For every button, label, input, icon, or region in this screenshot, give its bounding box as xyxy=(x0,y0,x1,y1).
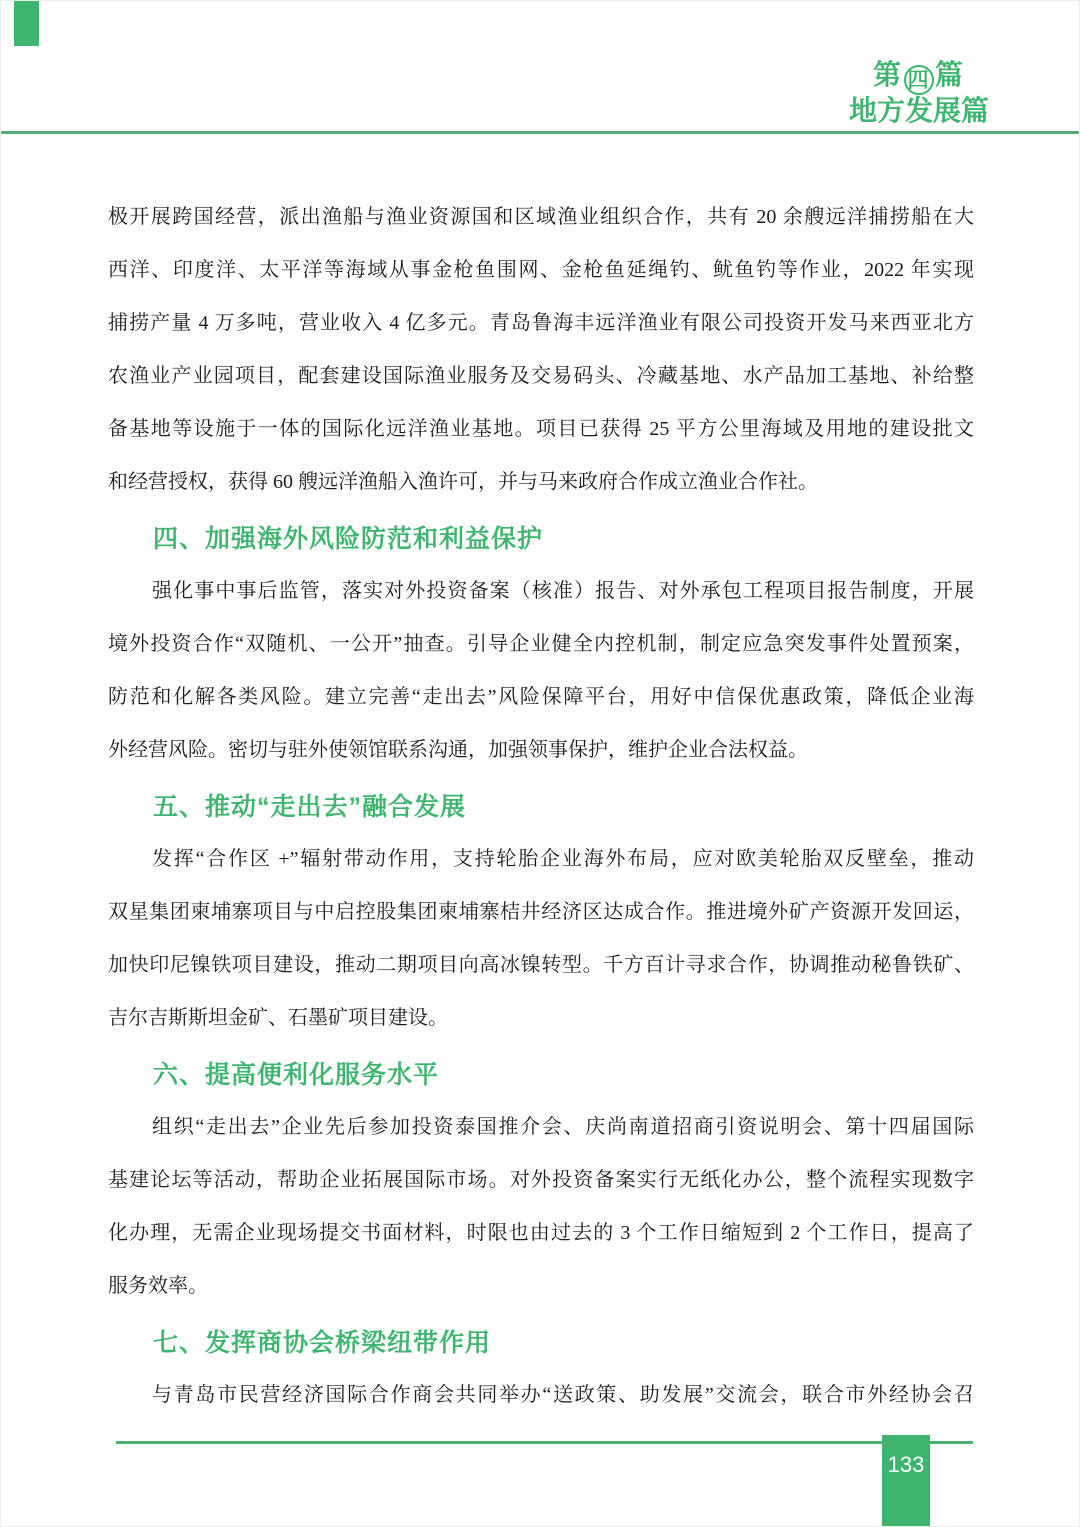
header-rule xyxy=(1,131,1080,134)
circled-part-number: 四 xyxy=(904,65,934,95)
body-line: 双星集团柬埔寨项目与中启控股集团柬埔寨桔井经济区达成合作。推进境外矿产资源开发回… xyxy=(108,886,974,939)
body-line: 和经营授权，获得 60 艘远洋渔船入渔许可，并与马来政府合作成立渔业合作社。 xyxy=(108,456,974,509)
section-heading-4: 四、加强海外风险防范和利益保护 xyxy=(153,521,974,557)
body-line: 境外投资合作“双随机、一公开”抽查。引导企业健全内控机制，制定应急突发事件处置预… xyxy=(108,618,974,671)
page-number-tab: 133 xyxy=(882,1435,930,1527)
corner-bleed-tab xyxy=(14,1,39,46)
body-line: 服务效率。 xyxy=(108,1260,974,1313)
body-line: 备基地等设施于一体的国际化远洋渔业基地。项目已获得 25 平方公里海域及用地的建… xyxy=(108,403,974,456)
body-line: 基建论坛等活动，帮助企业拓展国际市场。对外投资备案实行无纸化办公，整个流程实现数… xyxy=(108,1154,974,1207)
part-subtitle: 地方发展篇 xyxy=(849,95,989,127)
body-line: 捕捞产量 4 万多吨，营业收入 4 亿多元。青岛鲁海丰远洋渔业有限公司投资开发马… xyxy=(108,297,974,350)
body-line: 吉尔吉斯斯坦金矿、石墨矿项目建设。 xyxy=(108,992,974,1045)
body-line: 组织“走出去”企业先后参加投资泰国推介会、庆尚南道招商引资说明会、第十四届国际 xyxy=(108,1101,974,1154)
body-line: 发挥“合作区 +”辐射带动作用，支持轮胎企业海外布局，应对欧美轮胎双反壁垒，推动 xyxy=(108,833,974,886)
section-heading-5: 五、推动“走出去”融合发展 xyxy=(153,789,974,825)
body-line: 西洋、印度洋、太平洋等海域从事金枪鱼围网、金枪鱼延绳钓、鱿鱼钓等作业，2022 … xyxy=(108,244,974,297)
section-heading-6: 六、提高便利化服务水平 xyxy=(153,1057,974,1093)
part-prefix: 第 xyxy=(873,59,903,90)
body-line: 加快印尼镍铁项目建设，推动二期项目向高冰镍转型。千方百计寻求合作，协调推动秘鲁铁… xyxy=(108,939,974,992)
body-line: 极开展跨国经营，派出渔船与渔业资源国和区域渔业组织合作，共有 20 余艘远洋捕捞… xyxy=(108,191,974,244)
body-line: 防范和化解各类风险。建立完善“走出去”风险保障平台，用好中信保优惠政策，降低企业… xyxy=(108,671,974,724)
body-line: 农渔业产业园项目，配套建设国际渔业服务及交易码头、冷藏基地、水产品加工基地、补给… xyxy=(108,350,974,403)
body-line: 化办理，无需企业现场提交书面材料，时限也由过去的 3 个工作日缩短到 2 个工作… xyxy=(108,1207,974,1260)
document-page: 第四篇 地方发展篇 极开展跨国经营，派出渔船与渔业资源国和区域渔业组织合作，共有… xyxy=(0,0,1080,1527)
part-suffix: 篇 xyxy=(935,59,965,90)
body-line: 强化事中事后监管，落实对外投资备案（核准）报告、对外承包工程项目报告制度，开展 xyxy=(108,565,974,618)
body-text: 极开展跨国经营，派出渔船与渔业资源国和区域渔业组织合作，共有 20 余艘远洋捕捞… xyxy=(108,191,974,1422)
body-line: 外经营风险。密切与驻外使领馆联系沟通，加强领事保护，维护企业合法权益。 xyxy=(108,724,974,777)
page-header: 第四篇 地方发展篇 xyxy=(849,59,989,127)
footer-rule xyxy=(116,1441,973,1444)
section-heading-7: 七、发挥商协会桥梁纽带作用 xyxy=(153,1325,974,1361)
part-title: 第四篇 xyxy=(849,59,989,95)
body-line: 与青岛市民营经济国际合作商会共同举办“送政策、助发展”交流会，联合市外经协会召 xyxy=(108,1369,974,1422)
page-number: 133 xyxy=(888,1452,925,1477)
